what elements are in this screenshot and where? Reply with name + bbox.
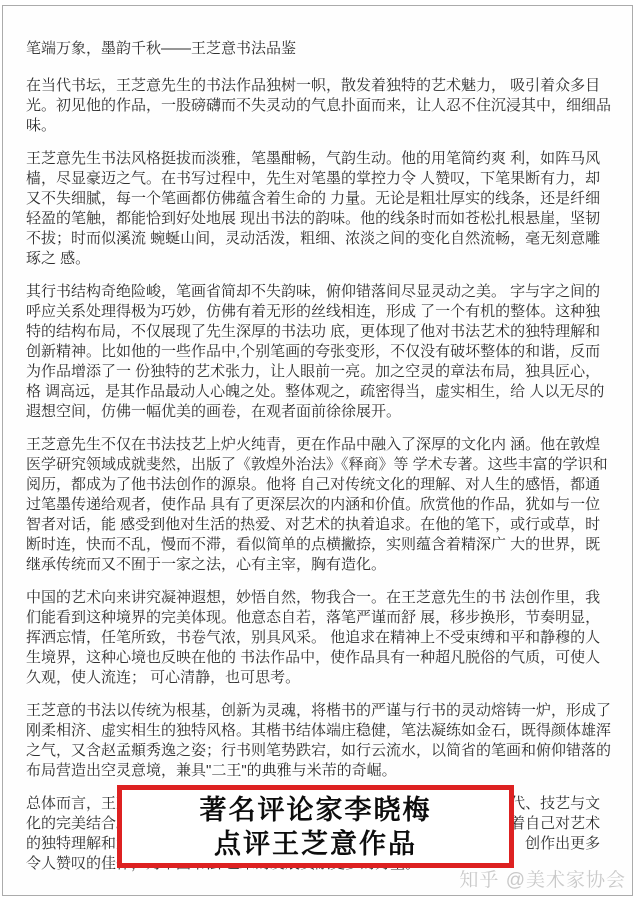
article-body: 笔端万象，墨韵千秋——王芝意书法品鉴 在当代书坛，王芝意先生的书法作品独树一帜，… [3, 6, 632, 887]
paragraph-style: 王芝意先生书法风格挺拔而淡雅，笔墨酣畅，气韵生动。他的用笔简约爽 利，如阵马风樯… [26, 149, 611, 269]
document-page: 笔端万象，墨韵千秋——王芝意书法品鉴 在当代书坛，王芝意先生的书法作品独树一帜，… [2, 5, 633, 896]
paragraph-culture: 王芝意先生不仅在书法技艺上炉火纯青，更在作品中融入了深厚的文化内 涵。他在敦煌医… [26, 435, 611, 575]
paragraph-structure: 其行书结构奇绝险峻，笔画省简却不失韵味，俯仰错落间尽显灵动之美。 字与字之间的呼… [26, 282, 611, 422]
reviewer-callout: 著名评论家李晓梅 点评王芝意作品 [117, 785, 514, 868]
paragraph-spirit: 中国的艺术向来讲究凝神遐想，妙悟自然，物我合一。在王芝意先生的书 法创作里，我们… [26, 588, 611, 688]
watermark: 知乎 @美术家协会 [459, 870, 626, 892]
paragraph-intro: 在当代书坛，王芝意先生的书法作品独树一帜，散发着独特的艺术魅力， 吸引着众多目光… [26, 76, 611, 136]
callout-line-1: 著名评论家李晓梅 [200, 793, 432, 827]
paragraph-tradition: 王芝意的书法以传统为根基，创新为灵魂，将楷书的严谨与行书的灵动熔铸一炉，形成了刚… [26, 701, 611, 781]
page-title: 笔端万象，墨韵千秋——王芝意书法品鉴 [26, 39, 611, 59]
callout-line-2: 点评王芝意作品 [214, 827, 417, 861]
